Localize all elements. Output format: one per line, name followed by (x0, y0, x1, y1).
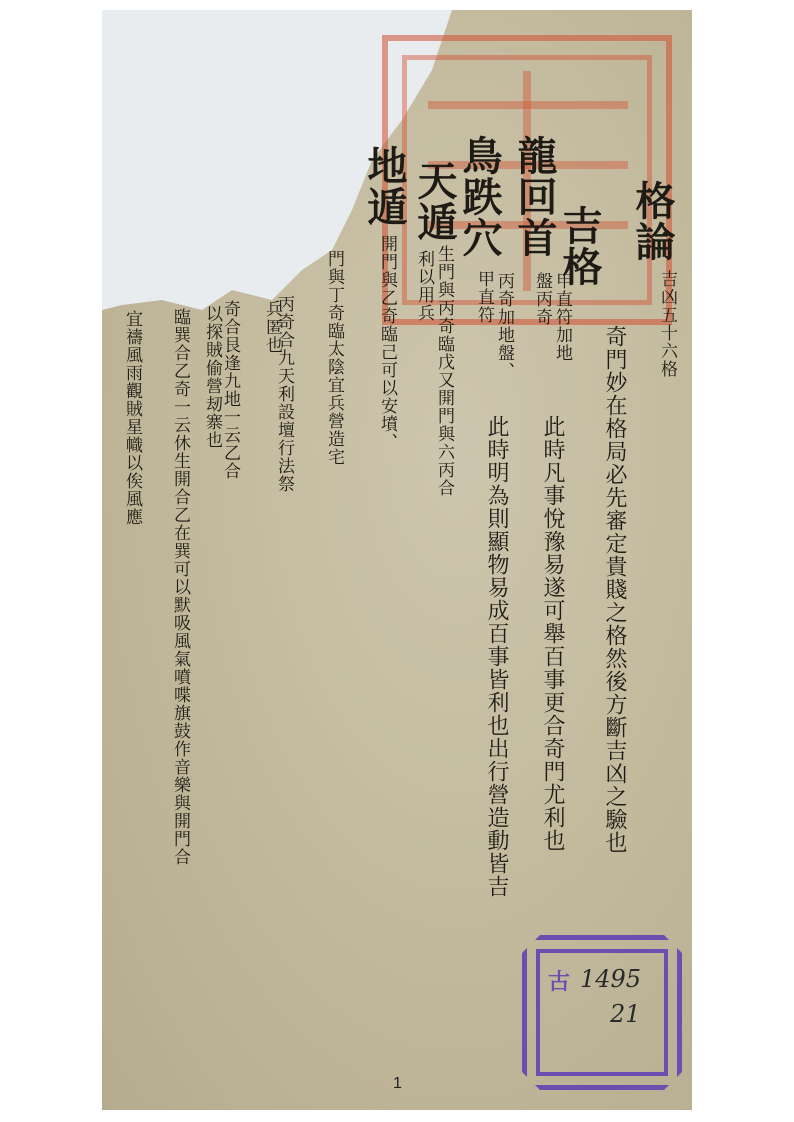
intro-text: 奇門妙在格局必先審定貴賤之格然後方斷吉凶之驗也 (602, 325, 626, 854)
col-b: 兵匿也 (262, 300, 281, 354)
page-number: 1 (393, 1075, 402, 1093)
stamp-number-1: 1495 (580, 965, 641, 993)
rendun-note: 門與丁奇臨太陰宜兵營造宅 (324, 250, 343, 466)
longhui-note-b: 此時凡事悅豫易遂可舉百事更合奇門尤利也 (540, 415, 564, 852)
niaodie-note-b: 此時明為則顯物易成百事皆利也出行營造動皆吉 (484, 415, 508, 898)
col-f: 宜禱風雨觀賊星幟以俟風應 (122, 310, 141, 526)
title-subtext: 吉凶五十六格 (657, 270, 676, 378)
col-d: 以探賊偷營刼寨也 (202, 305, 221, 449)
col-e: 臨巽合乙奇一云休生開合乙在巽可以默吸風氣噴喋旗鼓作音樂與開門合 (170, 308, 189, 866)
niaodie-title: 鳥跌穴 (457, 135, 501, 258)
longhui-title: 龍回首 (512, 135, 556, 258)
didun-title: 地遁 (362, 145, 406, 227)
tiandun-note: 生門與丙奇臨戊又開門與六丙合 (434, 245, 453, 497)
niaodie-sub: 甲直符 (474, 270, 493, 324)
niaodie-note-a: 丙奇加地盤、 (494, 272, 513, 380)
longhui-sub: 盤丙奇 (532, 272, 551, 326)
tiandun-title: 天遁 (412, 160, 456, 242)
stamp-number-2: 21 (610, 1000, 641, 1028)
longhui-note-a: 甲直符加地 (552, 272, 571, 362)
manuscript-page: 格論 吉凶五十六格 奇門妙在格局必先審定貴賤之格然後方斷吉凶之驗也 吉格 龍回首… (102, 10, 692, 1110)
didun-note: 開門與乙奇臨己可以安墳、 (377, 235, 396, 451)
col-c: 奇合艮逢九地一云乙合 (220, 300, 239, 480)
title-text: 格論 (630, 180, 674, 262)
stamp-label: 古 (548, 965, 570, 996)
tiandun-sub: 利以用兵 (414, 250, 433, 322)
